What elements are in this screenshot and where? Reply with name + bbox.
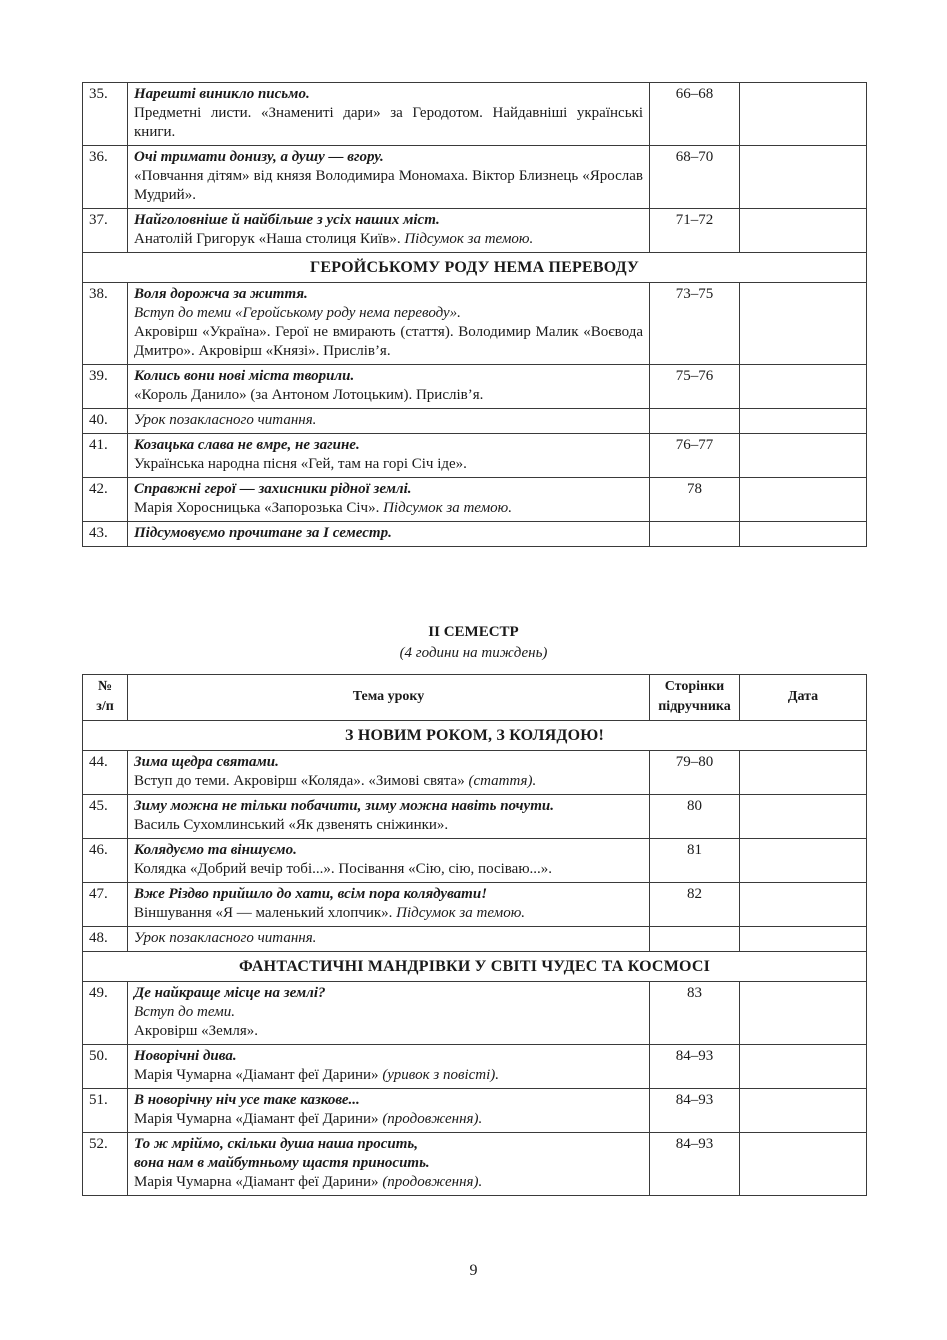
textbook-pages: 84–93: [650, 1133, 740, 1196]
lesson-number: 41.: [83, 434, 128, 478]
textbook-pages: 79–80: [650, 751, 740, 795]
textbook-pages: 84–93: [650, 1089, 740, 1133]
section-heading: ФАНТАСТИЧНІ МАНДРІВКИ У СВІТІ ЧУДЕС ТА К…: [83, 952, 867, 982]
lesson-row: 48.Урок позакласного читання.: [83, 927, 867, 952]
lesson-date: [740, 1045, 867, 1089]
table1-body: 35.Нарешті виникло письмо.Предметні лист…: [83, 83, 867, 547]
lesson-topic: Нарешті виникло письмо.Предметні листи. …: [128, 83, 650, 146]
textbook-pages: 83: [650, 982, 740, 1045]
lesson-title: Новорічні дива.: [134, 1047, 643, 1066]
lesson-topic: Зиму можна не тільки побачити, зиму можн…: [128, 795, 650, 839]
lesson-topic: Воля дорожча за життя.Вступ до теми «Гер…: [128, 283, 650, 365]
lesson-description: Вступ до теми.: [134, 1003, 643, 1022]
lesson-number: 47.: [83, 883, 128, 927]
lesson-title: Колядуємо та віншуємо.: [134, 841, 643, 860]
lesson-description: «Повчання дітям» від князя Володимира Мо…: [134, 167, 643, 205]
lesson-title: вона нам в майбутньому щастя приносить.: [134, 1154, 643, 1173]
lesson-title: Очі тримати донизу, а душу — вгору.: [134, 148, 643, 167]
lesson-title: В новорічну ніч усе таке казкове...: [134, 1091, 643, 1110]
lesson-description: Колядка «Добрий вечір тобі...». Посіванн…: [134, 860, 643, 879]
textbook-pages: 73–75: [650, 283, 740, 365]
lesson-title: Найголовніше й найбільше з усіх наших мі…: [134, 211, 643, 230]
lesson-number: 49.: [83, 982, 128, 1045]
lesson-topic: Справжні герої — захисники рідної землі.…: [128, 478, 650, 522]
lesson-number: 42.: [83, 478, 128, 522]
lesson-number: 52.: [83, 1133, 128, 1196]
textbook-pages: [650, 409, 740, 434]
lesson-row: 45.Зиму можна не тільки побачити, зиму м…: [83, 795, 867, 839]
textbook-pages: 81: [650, 839, 740, 883]
lesson-row: 44.Зима щедра святами.Вступ до теми. Акр…: [83, 751, 867, 795]
lesson-title: Підсумовуємо прочитане за І семестр.: [134, 524, 643, 543]
table2-body: З НОВИМ РОКОМ, З КОЛЯДОЮ!44.Зима щедра с…: [83, 721, 867, 1196]
textbook-pages: [650, 522, 740, 547]
lesson-date: [740, 795, 867, 839]
lesson-date: [740, 209, 867, 253]
textbook-pages: 78: [650, 478, 740, 522]
lesson-topic: В новорічну ніч усе таке казкове...Марія…: [128, 1089, 650, 1133]
lesson-title: Нарешті виникло письмо.: [134, 85, 643, 104]
lesson-row: 52.То ж мріймо, скільки душа наша просит…: [83, 1133, 867, 1196]
lesson-description: Василь Сухомлинський «Як дзвенять сніжин…: [134, 816, 643, 835]
lesson-row: 46.Колядуємо та віншуємо.Колядка «Добрий…: [83, 839, 867, 883]
page-number: 9: [0, 1262, 947, 1280]
section-heading-row: ФАНТАСТИЧНІ МАНДРІВКИ У СВІТІ ЧУДЕС ТА К…: [83, 952, 867, 982]
lesson-description: Вступ до теми «Геройському роду нема пер…: [134, 304, 643, 323]
lesson-row: 50.Новорічні дива.Марія Чумарна «Діамант…: [83, 1045, 867, 1089]
lesson-description: Вступ до теми. Акровірш «Коляда». «Зимов…: [134, 772, 643, 791]
header-pages-line2: підручника: [656, 697, 733, 717]
header-number: № з/п: [83, 675, 128, 721]
lesson-date: [740, 434, 867, 478]
lesson-date: [740, 283, 867, 365]
lesson-title: Зима щедра святами.: [134, 753, 643, 772]
lesson-topic: Урок позакласного читання.: [128, 409, 650, 434]
semester-hours-note: (4 години на тиждень): [0, 645, 947, 662]
lesson-topic: Очі тримати донизу, а душу — вгору.«Повч…: [128, 146, 650, 209]
header-pages-line1: Сторінки: [656, 677, 733, 697]
lesson-row: 36.Очі тримати донизу, а душу — вгору.«П…: [83, 146, 867, 209]
lesson-description: Урок позакласного читання.: [134, 929, 643, 948]
lesson-date: [740, 83, 867, 146]
header-row: № з/п Тема уроку Сторінки підручника Дат…: [83, 675, 867, 721]
lesson-number: 50.: [83, 1045, 128, 1089]
lesson-topic: Найголовніше й найбільше з усіх наших мі…: [128, 209, 650, 253]
lesson-number: 40.: [83, 409, 128, 434]
section-heading: ГЕРОЙСЬКОМУ РОДУ НЕМА ПЕРЕВОДУ: [83, 253, 867, 283]
lesson-description: Акровірш «Україна». Герої не вмирають (с…: [134, 323, 643, 361]
lesson-date: [740, 751, 867, 795]
lesson-row: 39.Колись вони нові міста творили.«Корол…: [83, 365, 867, 409]
header-topic: Тема уроку: [128, 675, 650, 721]
lesson-row: 37.Найголовніше й найбільше з усіх наших…: [83, 209, 867, 253]
lesson-number: 43.: [83, 522, 128, 547]
lesson-row: 51.В новорічну ніч усе таке казкове...Ма…: [83, 1089, 867, 1133]
header-number-line1: №: [89, 677, 121, 697]
textbook-pages: 71–72: [650, 209, 740, 253]
lesson-date: [740, 409, 867, 434]
lesson-topic: Колись вони нові міста творили.«Король Д…: [128, 365, 650, 409]
textbook-pages: 76–77: [650, 434, 740, 478]
lesson-date: [740, 1133, 867, 1196]
lesson-number: 39.: [83, 365, 128, 409]
lesson-description: Марія Чумарна «Діамант феї Дарини» (урив…: [134, 1066, 643, 1085]
lesson-date: [740, 146, 867, 209]
lesson-number: 46.: [83, 839, 128, 883]
header-pages: Сторінки підручника: [650, 675, 740, 721]
lesson-description: Українська народна пісня «Гей, там на го…: [134, 455, 643, 474]
header-date: Дата: [740, 675, 867, 721]
lesson-description: Акровірш «Земля».: [134, 1022, 643, 1041]
lesson-number: 36.: [83, 146, 128, 209]
textbook-pages: 66–68: [650, 83, 740, 146]
lesson-description: Предметні листи. «Знамениті дари» за Гер…: [134, 104, 643, 142]
section-heading-row: ГЕРОЙСЬКОМУ РОДУ НЕМА ПЕРЕВОДУ: [83, 253, 867, 283]
lesson-title: Справжні герої — захисники рідної землі.: [134, 480, 643, 499]
lesson-description: Марія Чумарна «Діамант феї Дарини» (прод…: [134, 1110, 643, 1129]
lesson-date: [740, 365, 867, 409]
section-heading-row: З НОВИМ РОКОМ, З КОЛЯДОЮ!: [83, 721, 867, 751]
lesson-row: 42.Справжні герої — захисники рідної зем…: [83, 478, 867, 522]
section-heading: З НОВИМ РОКОМ, З КОЛЯДОЮ!: [83, 721, 867, 751]
lesson-description: Урок позакласного читання.: [134, 411, 643, 430]
textbook-pages: 80: [650, 795, 740, 839]
lesson-description: Марія Чумарна «Діамант феї Дарини» (прод…: [134, 1173, 643, 1192]
lesson-title: Вже Різдво прийшло до хати, всім пора ко…: [134, 885, 643, 904]
header-number-line2: з/п: [89, 697, 121, 717]
lesson-number: 37.: [83, 209, 128, 253]
lesson-number: 48.: [83, 927, 128, 952]
lesson-topic: То ж мріймо, скільки душа наша просить,в…: [128, 1133, 650, 1196]
lesson-title: То ж мріймо, скільки душа наша просить,: [134, 1135, 643, 1154]
lesson-date: [740, 522, 867, 547]
lesson-number: 44.: [83, 751, 128, 795]
lesson-topic: Зима щедра святами.Вступ до теми. Акрові…: [128, 751, 650, 795]
lesson-title: Воля дорожча за життя.: [134, 285, 643, 304]
lesson-date: [740, 478, 867, 522]
lesson-title: Козацька слава не вмре, не загине.: [134, 436, 643, 455]
lesson-plan-table-semester-2: № з/п Тема уроку Сторінки підручника Дат…: [82, 674, 867, 1196]
lesson-date: [740, 839, 867, 883]
textbook-pages: 84–93: [650, 1045, 740, 1089]
lesson-number: 38.: [83, 283, 128, 365]
lesson-number: 51.: [83, 1089, 128, 1133]
lesson-description: Віншування «Я — маленький хлопчик». Підс…: [134, 904, 643, 923]
lesson-description: Анатолій Григорук «Наша столиця Київ». П…: [134, 230, 643, 249]
lesson-row: 35.Нарешті виникло письмо.Предметні лист…: [83, 83, 867, 146]
lesson-title: Колись вони нові міста творили.: [134, 367, 643, 386]
lesson-topic: Урок позакласного читання.: [128, 927, 650, 952]
lesson-date: [740, 1089, 867, 1133]
lesson-topic: Вже Різдво прийшло до хати, всім пора ко…: [128, 883, 650, 927]
semester-heading: ІІ СЕМЕСТР: [0, 624, 947, 641]
lesson-topic: Де найкраще місце на землі?Вступ до теми…: [128, 982, 650, 1045]
lesson-description: «Король Данило» (за Антоном Лотоцьким). …: [134, 386, 643, 405]
lesson-row: 49.Де найкраще місце на землі?Вступ до т…: [83, 982, 867, 1045]
lesson-title: Де найкраще місце на землі?: [134, 984, 643, 1003]
textbook-pages: 82: [650, 883, 740, 927]
lesson-title: Зиму можна не тільки побачити, зиму можн…: [134, 797, 643, 816]
lesson-number: 45.: [83, 795, 128, 839]
lesson-row: 43.Підсумовуємо прочитане за І семестр.: [83, 522, 867, 547]
lesson-topic: Підсумовуємо прочитане за І семестр.: [128, 522, 650, 547]
lesson-row: 41.Козацька слава не вмре, не загине.Укр…: [83, 434, 867, 478]
textbook-pages: 68–70: [650, 146, 740, 209]
lesson-description: Марія Хоросницька «Запорозька Січ». Підс…: [134, 499, 643, 518]
lesson-date: [740, 982, 867, 1045]
lesson-date: [740, 927, 867, 952]
lesson-plan-table-semester-1: 35.Нарешті виникло письмо.Предметні лист…: [82, 82, 867, 547]
lesson-row: 47.Вже Різдво прийшло до хати, всім пора…: [83, 883, 867, 927]
lesson-number: 35.: [83, 83, 128, 146]
lesson-date: [740, 883, 867, 927]
lesson-topic: Козацька слава не вмре, не загине.Україн…: [128, 434, 650, 478]
table2-header: № з/п Тема уроку Сторінки підручника Дат…: [83, 675, 867, 721]
lesson-topic: Новорічні дива.Марія Чумарна «Діамант фе…: [128, 1045, 650, 1089]
textbook-pages: [650, 927, 740, 952]
textbook-pages: 75–76: [650, 365, 740, 409]
lesson-row: 38.Воля дорожча за життя.Вступ до теми «…: [83, 283, 867, 365]
lesson-topic: Колядуємо та віншуємо.Колядка «Добрий ве…: [128, 839, 650, 883]
lesson-row: 40.Урок позакласного читання.: [83, 409, 867, 434]
